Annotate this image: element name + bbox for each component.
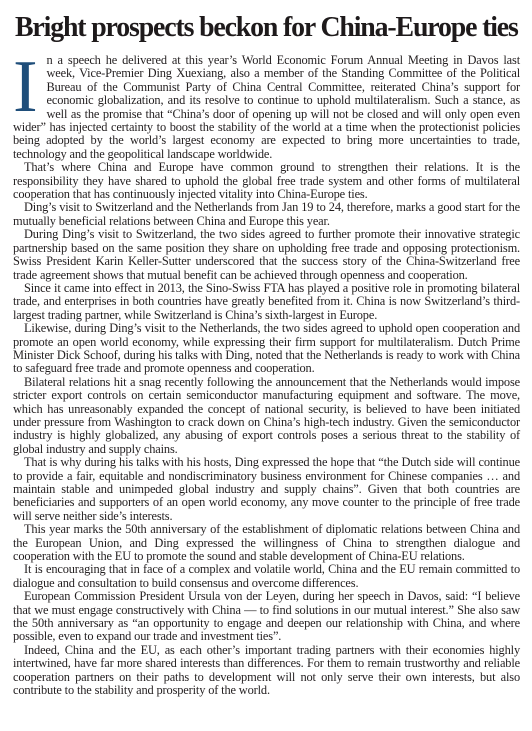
paragraph-2: That’s where China and Europe have commo… [13,161,520,201]
paragraph-6: Likewise, during Ding’s visit to the Net… [13,322,520,376]
paragraph-12: Indeed, China and the EU, as each other’… [13,644,520,698]
drop-cap: I [13,57,38,115]
headline: Bright prospects beckon for China-Europe… [15,10,500,44]
paragraph-10: It is encouraging that in face of a comp… [13,563,520,590]
paragraph-8: That is why during his talks with his ho… [13,456,520,523]
paragraph-4: During Ding’s visit to Switzerland, the … [13,228,520,282]
paragraph-11: European Commission President Ursula von… [13,590,520,644]
article-body: In a speech he delivered at this year’s … [13,54,520,698]
paragraph-1-text: n a speech he delivered at this year’s W… [13,53,520,161]
article-page: Bright prospects beckon for China-Europe… [0,0,532,698]
paragraph-3: Ding’s visit to Switzerland and the Neth… [13,201,520,228]
paragraph-7: Bilateral relations hit a snag recently … [13,376,520,456]
paragraph-9: This year marks the 50th anniversary of … [13,523,520,563]
paragraph-5: Since it came into effect in 2013, the S… [13,282,520,322]
paragraph-1: In a speech he delivered at this year’s … [13,54,520,161]
